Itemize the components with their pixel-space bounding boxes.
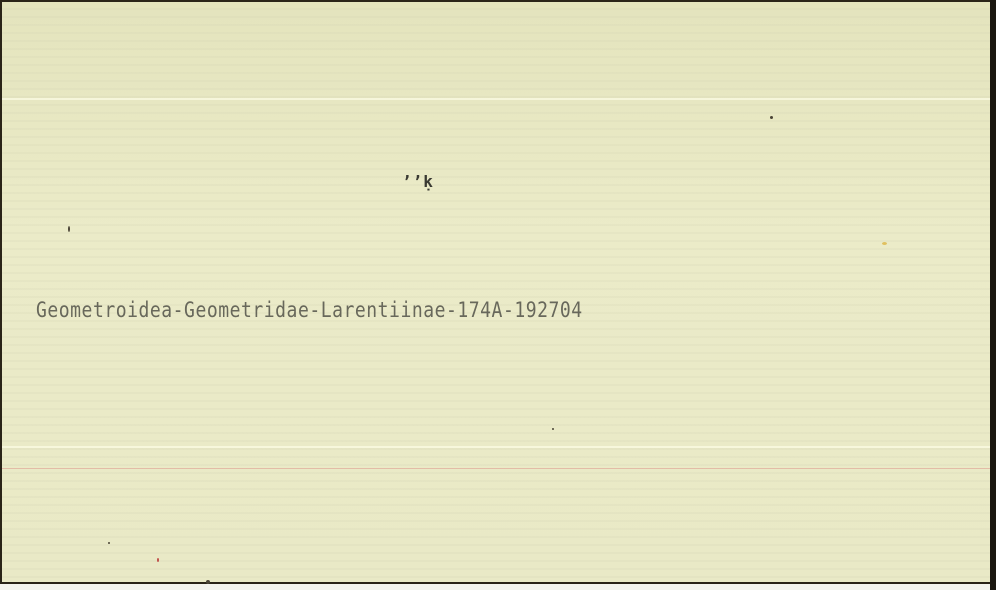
red-ruled-line bbox=[2, 468, 990, 469]
taxonomy-label: Geometroidea-Geometridae-Larentiinae-174… bbox=[36, 298, 583, 322]
index-card: ’’ḳ Geometroidea-Geometridae-Larentiinae… bbox=[2, 2, 990, 582]
speck bbox=[157, 558, 159, 562]
speck bbox=[552, 428, 554, 430]
speck bbox=[68, 226, 70, 232]
speck bbox=[882, 242, 887, 245]
ruled-line bbox=[2, 98, 990, 100]
speck bbox=[108, 542, 110, 544]
handwritten-mark: ’’ḳ bbox=[402, 172, 434, 191]
card-bottom-edge bbox=[0, 584, 996, 590]
ruled-line bbox=[2, 446, 990, 448]
card-right-edge bbox=[990, 0, 996, 590]
speck bbox=[770, 116, 773, 119]
